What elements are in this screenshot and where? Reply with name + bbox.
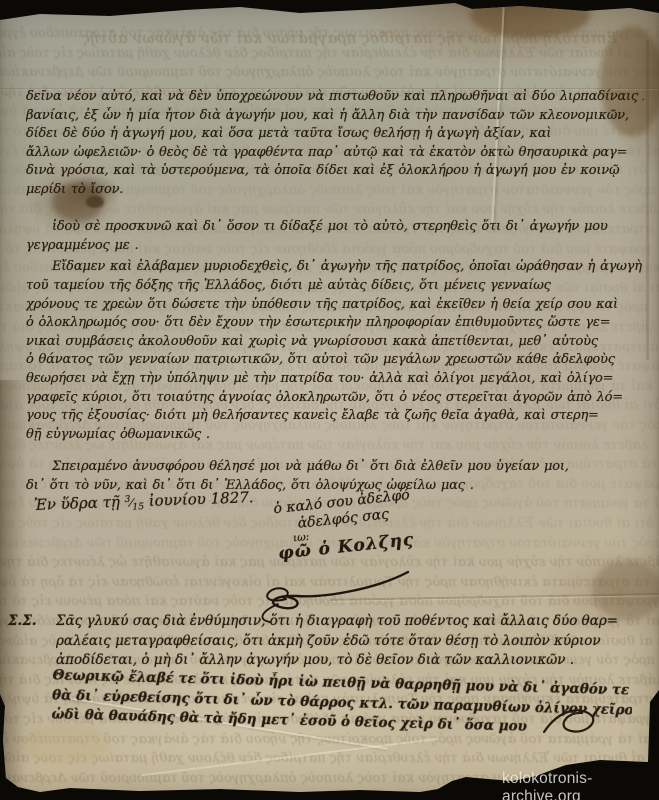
scan-vignette [0,0,659,800]
paper-sheet: Ἐπιστολὴ περὶ τῶν τῆς πατρίδος πραγμάτων… [0,0,659,800]
scanned-letter-page: Ἐπιστολὴ περὶ τῶν τῆς πατρίδος πραγμάτων… [0,0,659,800]
archive-watermark: kolokotronis-archive.org [502,770,659,800]
